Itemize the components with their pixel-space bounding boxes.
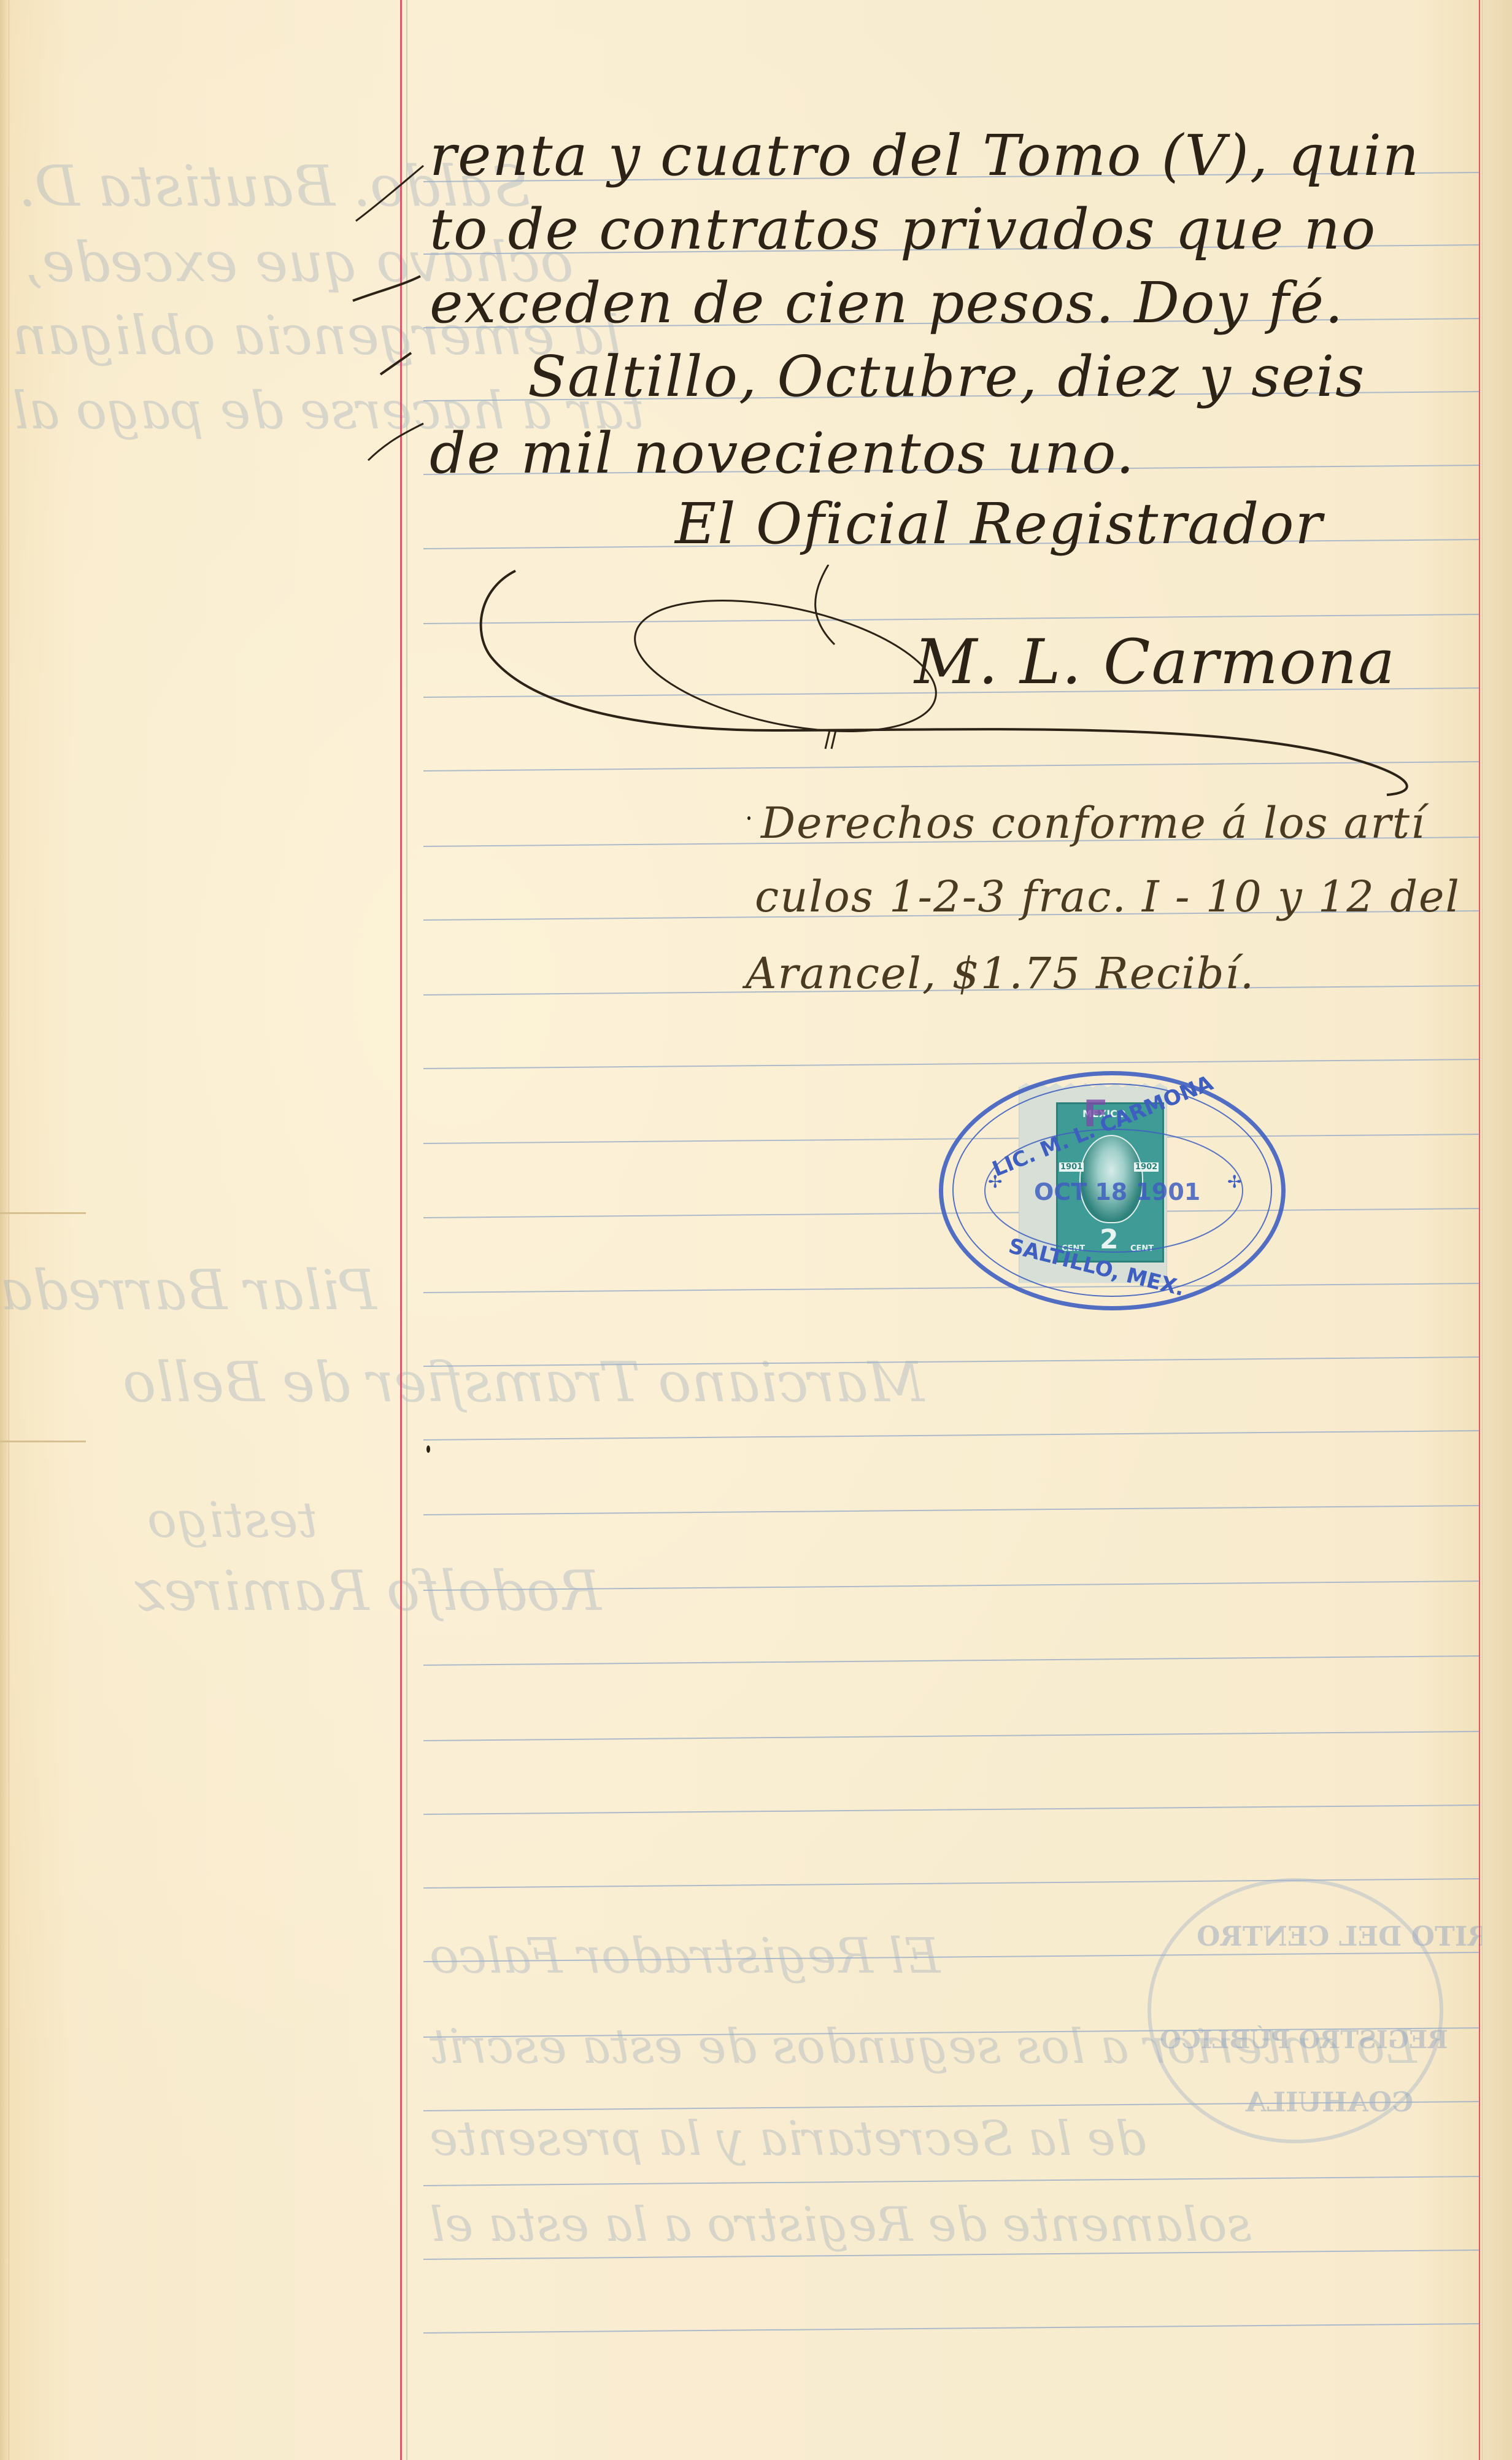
bleed-through-text: Rodolfo Ramirez <box>135 1559 601 1623</box>
signature-title: El Oficial Registrador <box>675 491 1324 557</box>
fee-note-line: Derechos conforme á los artí <box>761 798 1425 848</box>
handwritten-line: renta y cuatro del Tomo (V), quin <box>430 123 1420 188</box>
signature-flourish <box>466 565 1479 798</box>
handwritten-line: to de contratos privados que no <box>430 196 1376 262</box>
handwritten-line: Saltillo, Octubre, diez y seis <box>528 344 1365 409</box>
bleed-through-text: Marciano Tramsfier de Bello <box>123 1350 924 1415</box>
bleed-through-text: El Registrador Falco <box>430 1927 940 1984</box>
fee-note-line: culos 1-2-3 frac. I - 10 y 12 del <box>755 872 1460 922</box>
handwritten-line: de mil novecientos uno. <box>430 420 1135 486</box>
fee-note-line: Arancel, $1.75 Recibí. <box>746 948 1255 999</box>
paper-tear <box>0 1212 86 1214</box>
purple-overprint-mark: F <box>1083 1093 1108 1135</box>
cancellation-date: OCT 18 1901 <box>1034 1178 1200 1205</box>
bleed-through-text: testigo <box>147 1491 318 1549</box>
ink-dot <box>426 1445 430 1453</box>
right-margin-line <box>1479 0 1480 2460</box>
handwritten-line: exceden de cien pesos. Doy fé. <box>430 270 1344 336</box>
bleed-through-text: solamente de Registro a la esta el <box>430 2197 1252 2253</box>
line-start-flourishes <box>344 153 430 473</box>
bleed-through-text: de la Secretaria y la presente <box>430 2111 1146 2167</box>
paper-tear <box>0 1441 86 1442</box>
revenue-stamp-group: MEXICO 1901 1902 2 CENT CENT ✢ ✢ LIC. M.… <box>939 1059 1295 1323</box>
svg-text:✢: ✢ <box>1227 1172 1241 1192</box>
bleed-through-text: Pilar Barreda <box>0 1258 377 1323</box>
ink-dot <box>747 816 750 820</box>
page-right-edge <box>1482 0 1512 2460</box>
bleed-through-seal-text: DISTRITO DEL CENTRO <box>1197 1921 1512 1952</box>
page-left-edge <box>0 0 9 2460</box>
